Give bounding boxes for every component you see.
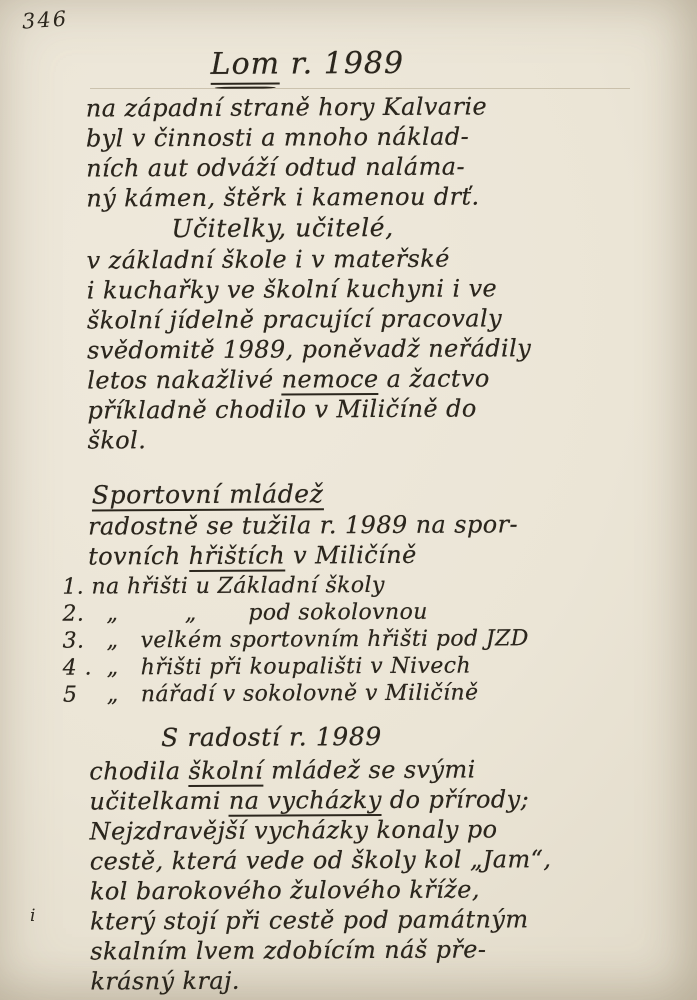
handwritten-line: cestě, která vede od školy kol „Jam“, <box>90 843 665 876</box>
list-item: 1. na hřišti u Základní školy <box>62 570 663 600</box>
list-item: 5 „ nářadí v sokolovně v Miličíně <box>63 678 664 708</box>
text-segment: r. 1989 <box>280 46 404 82</box>
handwritten-line: skalním lvem zdobícím náš pře- <box>90 933 665 966</box>
text-segment: letos nakažlivé <box>87 365 281 394</box>
handwritten-line: Nejzdravější vycházky konaly po <box>90 813 665 846</box>
text-segment: v Miličíně <box>285 541 417 570</box>
text-segment: učitelkami <box>89 787 229 816</box>
underlined-text: Lom <box>211 46 281 84</box>
handwritten-line: tovních hřištích v Miličíně <box>88 538 663 571</box>
handwritten-line: v základní škole i v mateřské <box>87 242 662 275</box>
underlined-text: hřištích <box>189 541 285 572</box>
section-heading-teachers: Učitelky, učitelé, <box>171 210 661 245</box>
margin-pen-mark: i <box>30 906 35 926</box>
handwritten-line: kol barokového žulového kříže, <box>90 873 665 906</box>
handwritten-line: byl v činnosti a mnoho náklad- <box>86 121 661 154</box>
text-segment: a žactvo <box>378 364 489 393</box>
list-item: 2. „ „ pod sokolovnou <box>62 597 663 627</box>
text-segment: chodila <box>89 757 188 786</box>
section-heading-joy: S radostí r. 1989 <box>161 719 664 754</box>
text-segment: tovních <box>88 542 189 571</box>
handwritten-line: ních aut odváží odtud naláma- <box>86 150 661 183</box>
handwritten-line: učitelkami na vycházky do přírody; <box>89 783 664 816</box>
underlined-text: nemoce <box>282 365 379 396</box>
handwritten-line: který stojí při cestě pod památným <box>90 903 665 936</box>
scanned-chronicle-page: 346 Lom r. 1989 na západní straně hory K… <box>0 0 697 1000</box>
list-item: 4 . „ hřišti při koupališti v Nivech <box>63 651 664 681</box>
handwritten-line: letos nakažlivé nemoce a žactvo <box>87 362 662 395</box>
underlined-text: na vycházky <box>229 786 382 817</box>
handwritten-line: i kuchařky ve školní kuchyni i ve <box>87 272 662 305</box>
underlined-text: školní <box>188 757 263 787</box>
handwritten-line: radostně se tužila r. 1989 na spor- <box>88 508 663 541</box>
section-heading-sport: Sportovní mládež <box>92 476 663 511</box>
handwritten-line: ný kámen, štěrk i kamenou drť. <box>86 180 661 213</box>
playground-list: 1. na hřišti u Základní školy 2. „ „ pod… <box>62 570 664 708</box>
handwritten-line: krásný kraj. <box>90 963 665 996</box>
list-item: 3. „ velkém sportovním hřišti pod JZD <box>63 624 664 654</box>
underlined-text: Sportovní mládež <box>92 479 324 511</box>
text-segment: mládež se svými <box>263 755 476 784</box>
handwritten-line: chodila školní mládež se svými <box>89 753 664 786</box>
handwritten-line: příkladně chodilo v Miličíně do <box>87 392 662 425</box>
handwritten-line: svědomitě 1989, poněvadž neřádily <box>87 332 662 365</box>
handwritten-line: škol. <box>87 422 662 455</box>
handwritten-line: školní jídelně pracující pracovaly <box>87 302 662 335</box>
text-segment: do přírody; <box>382 785 529 814</box>
section-title-lom: Lom r. 1989 <box>211 45 661 85</box>
handwritten-line: na západní straně hory Kalvarie <box>86 91 661 124</box>
page-number: 346 <box>21 6 69 33</box>
chronicle-text-block: Lom r. 1989 na západní straně hory Kalva… <box>86 45 666 997</box>
